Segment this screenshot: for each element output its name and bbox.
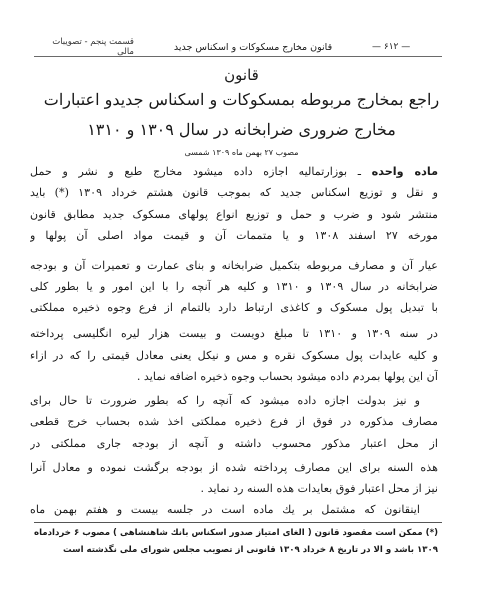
body-line: و نقل و توزیع اسکناس جدید که بموجب قانون… — [30, 183, 438, 203]
body-line: در سنه ۱۳۰۹ و ۱۳۱۰ تا مبلغ دویست و بیست … — [30, 324, 438, 344]
body-line: نیز از محل اعتبار فوق بعایدات هذه السنه … — [30, 479, 438, 499]
body-line: و کلیه عایدات پول مسکوک نقره و مس و نیکل… — [30, 346, 438, 366]
scanned-page: قسمت پنجم - تصویبات مالی قانون مخارج مسک… — [0, 0, 483, 599]
body-line: آن این پولها بمردم داده میشود بحساب وجوه… — [30, 367, 438, 387]
footnote-line: (*) ممکن است مقصود قانون ( الغای امتیاز … — [34, 525, 438, 541]
running-title: قانون مخارج مسکوکات و اسکناس جدید — [134, 42, 372, 53]
body-line: مصارف مذکوره در فوق از فرع ذخیره مملکتی … — [30, 412, 438, 432]
law-heading: قانون — [0, 66, 483, 84]
footnote-divider — [34, 522, 442, 523]
body-line: اینقانون که مشتمل بر یك ماده است در جلسه… — [30, 500, 438, 520]
approval-date: مصوب ۲۷ بهمن ماه ۱۳۰۹ شمسی — [0, 148, 483, 157]
section-label: قسمت پنجم - تصویبات مالی — [34, 37, 134, 57]
page-number: — ۶۱۲ — — [372, 42, 442, 52]
body-line: منتشر شود و ضرب و حمل و توزیع انواع پوله… — [30, 205, 438, 225]
body-line: و نیز بدولت اجازه داده میشود که آنچه را … — [30, 391, 438, 411]
page-header: قسمت پنجم - تصویبات مالی قانون مخارج مسک… — [34, 40, 442, 54]
body-line: با تبدیل پول مسکوک و کاغذی ارتباط دارد ب… — [30, 298, 438, 318]
body-line: ضرابخانه در سال ۱۳۰۹ و ۱۳۱۰ و کلیه هر آن… — [30, 277, 438, 297]
body-line: از محل اعتبار مذکور محسوب داشته و آنچه ا… — [30, 434, 438, 454]
body-line: ماده واحده ـ بوزارتمالیه اجازه داده میشو… — [30, 162, 438, 182]
law-title-line-1: راجع بمخارج مربوطه بمسکوکات و اسکناس جدی… — [0, 90, 483, 109]
article-label: ماده واحده — [372, 165, 438, 178]
footnote-line: ۱۳۰۹ باشد و الا در تاریخ ۸ خرداد ۱۳۰۹ قا… — [34, 542, 438, 558]
body-line: هذه السنه برای این مصارف پرداخته شده از … — [30, 458, 438, 478]
header-divider — [34, 56, 442, 57]
law-title-line-2: مخارج ضروری ضرابخانه در سال ۱۳۰۹ و ۱۳۱۰ — [0, 120, 483, 139]
body-line: مورخه ۲۷ اسفند ۱۳۰۸ و یا متممات آن و قیم… — [30, 226, 438, 246]
body-line: عیار آن و مصارف مربوطه بتکمیل ضرابخانه و… — [30, 256, 438, 276]
